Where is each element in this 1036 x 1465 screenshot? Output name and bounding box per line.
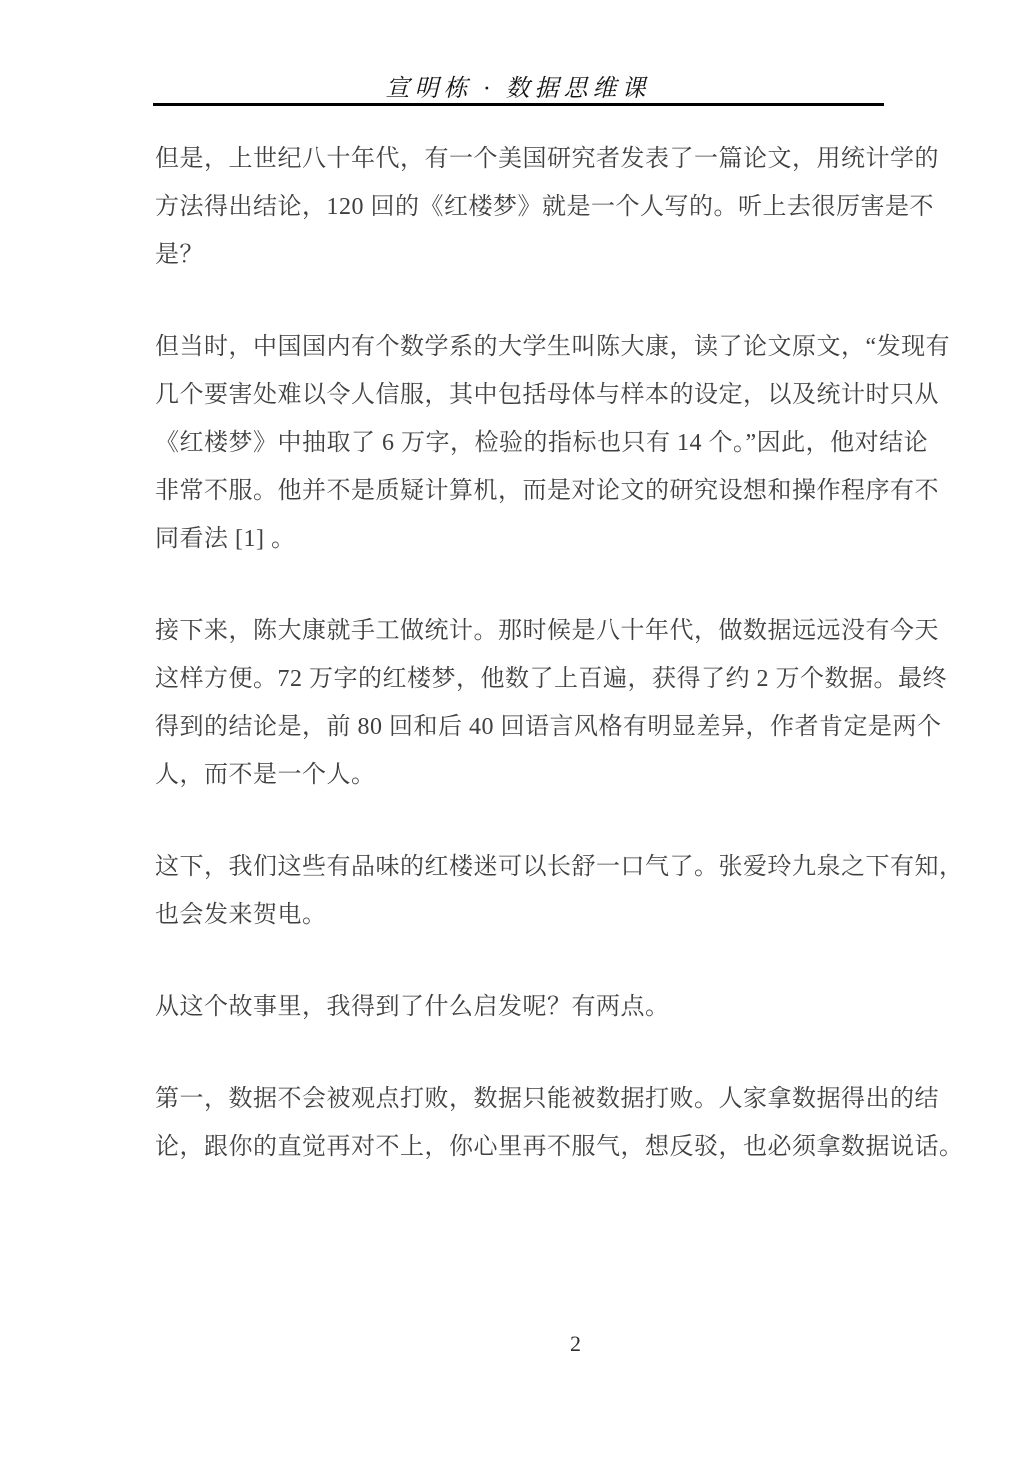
text-line: 接下来，陈大康就手工做统计。那时候是八十年代，做数据远远没有今天	[155, 607, 895, 655]
text-line: 这样方便。72 万字的红楼梦，他数了上百遍，获得了约 2 万个数据。最终	[155, 655, 895, 703]
text-line: 同看法 [1] 。	[155, 515, 895, 563]
text-line: 这下，我们这些有品味的红楼迷可以长舒一口气了。张爱玲九泉之下有知，	[155, 843, 895, 891]
text-line: 得到的结论是，前 80 回和后 40 回语言风格有明显差异，作者肯定是两个	[155, 703, 895, 751]
body-text: 但是，上世纪八十年代，有一个美国研究者发表了一篇论文，用统计学的方法得出结论，1…	[155, 135, 895, 1171]
header-rule	[153, 103, 884, 106]
paragraph: 接下来，陈大康就手工做统计。那时候是八十年代，做数据远远没有今天这样方便。72 …	[155, 607, 895, 799]
paragraph: 但当时，中国国内有个数学系的大学生叫陈大康，读了论文原文，“发现有几个要害处难以…	[155, 323, 895, 563]
text-line: 人，而不是一个人。	[155, 751, 895, 799]
document-page: 宣明栋 · 数据思维课 但是，上世纪八十年代，有一个美国研究者发表了一篇论文，用…	[0, 0, 1036, 1465]
paragraph: 这下，我们这些有品味的红楼迷可以长舒一口气了。张爱玲九泉之下有知，也会发来贺电。	[155, 843, 895, 939]
text-line: 非常不服。他并不是质疑计算机，而是对论文的研究设想和操作程序有不	[155, 467, 895, 515]
page-header-title: 宣明栋 · 数据思维课	[386, 68, 651, 103]
page-number: 2	[570, 1331, 581, 1357]
text-line: 《红楼梦》中抽取了 6 万字，检验的指标也只有 14 个。”因此，他对结论	[155, 419, 895, 467]
text-line: 是？	[155, 231, 895, 279]
text-line: 也会发来贺电。	[155, 891, 895, 939]
paragraph: 从这个故事里，我得到了什么启发呢？有两点。	[155, 983, 895, 1031]
text-line: 几个要害处难以令人信服，其中包括母体与样本的设定，以及统计时只从	[155, 371, 895, 419]
paragraph: 第一，数据不会被观点打败，数据只能被数据打败。人家拿数据得出的结论，跟你的直觉再…	[155, 1075, 895, 1171]
text-line: 第一，数据不会被观点打败，数据只能被数据打败。人家拿数据得出的结	[155, 1075, 895, 1123]
page-header: 宣明栋 · 数据思维课	[0, 68, 1036, 103]
paragraph: 但是，上世纪八十年代，有一个美国研究者发表了一篇论文，用统计学的方法得出结论，1…	[155, 135, 895, 279]
text-line: 从这个故事里，我得到了什么启发呢？有两点。	[155, 983, 895, 1031]
text-line: 方法得出结论，120 回的《红楼梦》就是一个人写的。听上去很厉害是不	[155, 183, 895, 231]
text-line: 但是，上世纪八十年代，有一个美国研究者发表了一篇论文，用统计学的	[155, 135, 895, 183]
text-line: 但当时，中国国内有个数学系的大学生叫陈大康，读了论文原文，“发现有	[155, 323, 895, 371]
text-line: 论，跟你的直觉再对不上，你心里再不服气，想反驳，也必须拿数据说话。	[155, 1123, 895, 1171]
